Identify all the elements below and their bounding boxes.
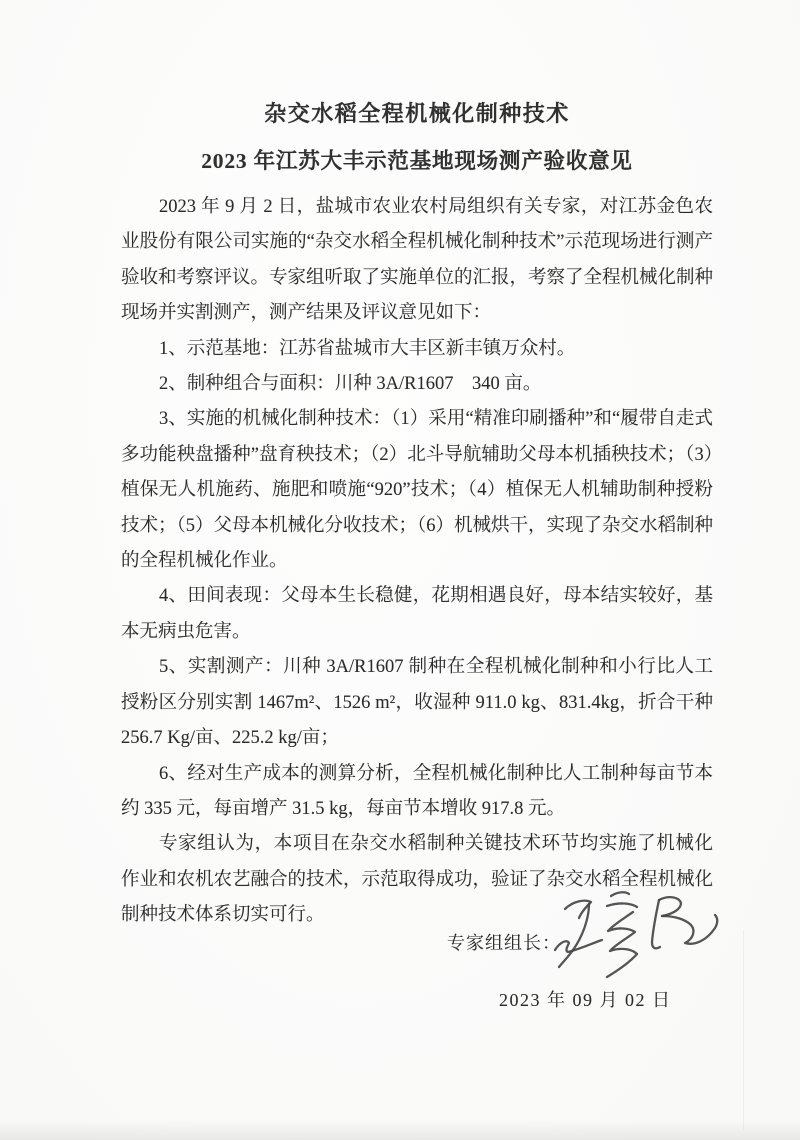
- signature-date: 2023 年 09 月 02 日: [499, 986, 672, 1012]
- document-title: 杂交水稻全程机械化制种技术: [121, 0, 713, 128]
- paragraph-item-4: 4、田间表现：父母本生长稳健，花期相遇良好，母本结实较好，基本无病虫危害。: [121, 579, 713, 650]
- signature-stroke: [559, 904, 589, 967]
- paragraph-item-3: 3、实施的机械化制种技术：（1）采用“精准印刷播种”和“履带自走式多功能秧盘播种…: [121, 402, 713, 579]
- paragraph-item-5: 5、实割测产：川种 3A/R1607 制种在全程机械化制种和小行比人工授粉区分别…: [121, 650, 713, 756]
- scanned-document-page: 杂交水稻全程机械化制种技术 2023 年江苏大丰示范基地现场测产验收意见 202…: [0, 0, 800, 1140]
- paragraph-item-6: 6、经对生产成本的测算分析，全程机械化制种比人工制种每亩节本约 335 元，每亩…: [121, 757, 713, 828]
- signature-stroke: [611, 892, 629, 896]
- signature-label: 专家组组长：: [447, 929, 561, 955]
- paragraph-intro: 2023 年 9 月 2 日，盐城市农业农村局组织有关专家，对江苏金色农业股份有…: [121, 190, 713, 332]
- signature-stroke: [659, 897, 681, 916]
- signature-block: 专家组组长：: [447, 885, 747, 990]
- document-subtitle: 2023 年江苏大丰示范基地现场测产验收意见: [121, 144, 713, 175]
- paper-crease: [743, 930, 744, 1130]
- signature-stroke: [662, 915, 717, 944]
- signature-stroke: [652, 900, 660, 948]
- signature-stroke: [607, 912, 637, 977]
- handwritten-signature: [547, 885, 729, 983]
- document-content: 杂交水稻全程机械化制种技术 2023 年江苏大丰示范基地现场测产验收意见 202…: [121, 0, 713, 934]
- paragraph-item-1: 1、示范基地：江苏省盐城市大丰区新丰镇万众村。: [121, 332, 713, 367]
- document-body: 2023 年 9 月 2 日，盐城市农业农村局组织有关专家，对江苏金色农业股份有…: [121, 190, 713, 934]
- paragraph-item-2: 2、制种组合与面积：川种 3A/R1607 340 亩。: [121, 367, 713, 402]
- signature-stroke: [607, 903, 637, 907]
